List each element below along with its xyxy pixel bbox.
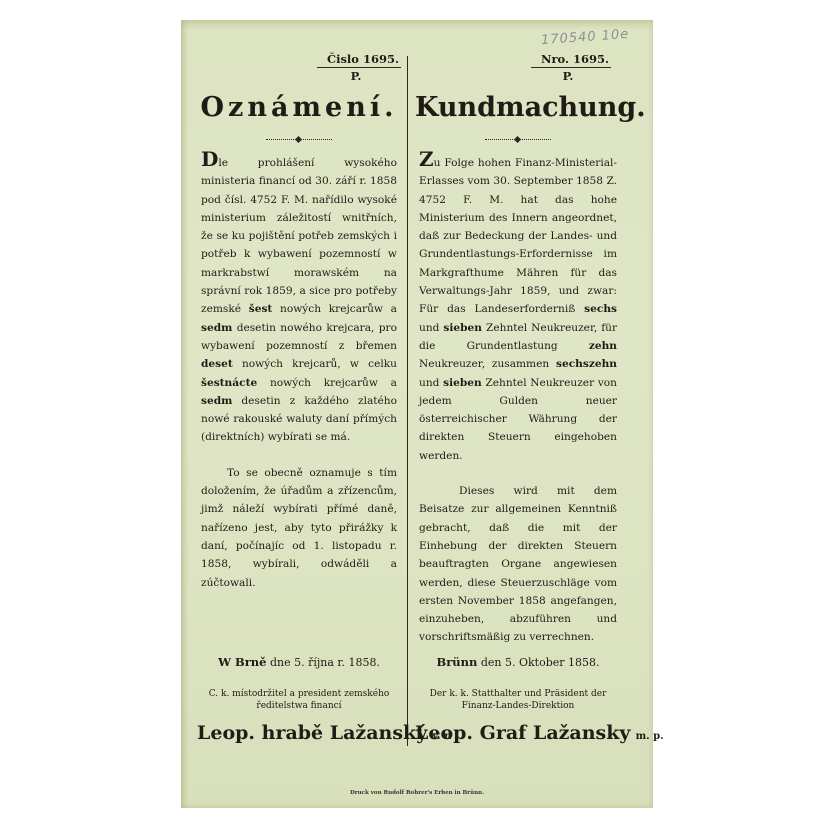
printer-imprint: Druck von Rudolf Rohrer's Erben in Brünn… [181, 790, 653, 796]
signature-german: Leop. Graf Lažansky m. p. [415, 722, 621, 744]
signature-czech: Leop. hrabě Lažanský v. r. [197, 722, 401, 744]
drop-cap: Z [419, 147, 434, 171]
body-czech: Dle prohlášení wysokého ministeria finan… [201, 152, 397, 592]
emphasized-amount: sechs [584, 303, 617, 315]
notice-number-czech: Čislo 1695. P. [311, 52, 401, 83]
emphasized-amount: sedm [201, 322, 232, 334]
emphasized-amount: šestnácte [201, 377, 257, 389]
emphasized-amount: sedm [201, 395, 232, 407]
paragraph-2-german: Dieses wird mit dem Beisatze zur allgeme… [419, 482, 617, 647]
office-czech: C. k. místodržitel a president zemského … [197, 688, 401, 712]
emphasized-amount: zehn [589, 340, 617, 352]
body-german: Zu Folge hohen Finanz-Ministerial-Erlass… [419, 152, 617, 647]
ornament-divider-icon [485, 137, 551, 143]
emphasized-amount: sieben [443, 322, 482, 334]
emphasized-amount: deset [201, 358, 233, 370]
paragraph-1-german: Zu Folge hohen Finanz-Ministerial-Erlass… [419, 152, 617, 465]
emphasized-amount: sieben [443, 377, 482, 389]
drop-cap: D [201, 147, 218, 171]
title-czech: Oznámení. [197, 92, 401, 123]
pencil-inventory-number: 170540 10e [541, 27, 630, 48]
paragraph-2-czech: To se obecně oznamuje s tím doložením, ž… [201, 464, 397, 592]
column-divider [407, 56, 408, 746]
notice-sheet: 170540 10e Čislo 1695. P. Oznámení. Dle … [181, 20, 653, 808]
office-german: Der k. k. Statthalter und Präsident der … [415, 688, 621, 712]
paragraph-1-czech: Dle prohlášení wysokého ministeria finan… [201, 152, 397, 447]
emphasized-amount: sechszehn [556, 358, 617, 370]
notice-number-german: Nro. 1695. P. [525, 52, 611, 83]
date-czech: W Brně dne 5. října r. 1858. [197, 655, 401, 669]
title-german: Kundmachung. [415, 92, 621, 123]
date-german: Brünn den 5. Oktober 1858. [415, 655, 621, 669]
emphasized-amount: šest [249, 303, 273, 315]
ornament-divider-icon [266, 137, 332, 143]
